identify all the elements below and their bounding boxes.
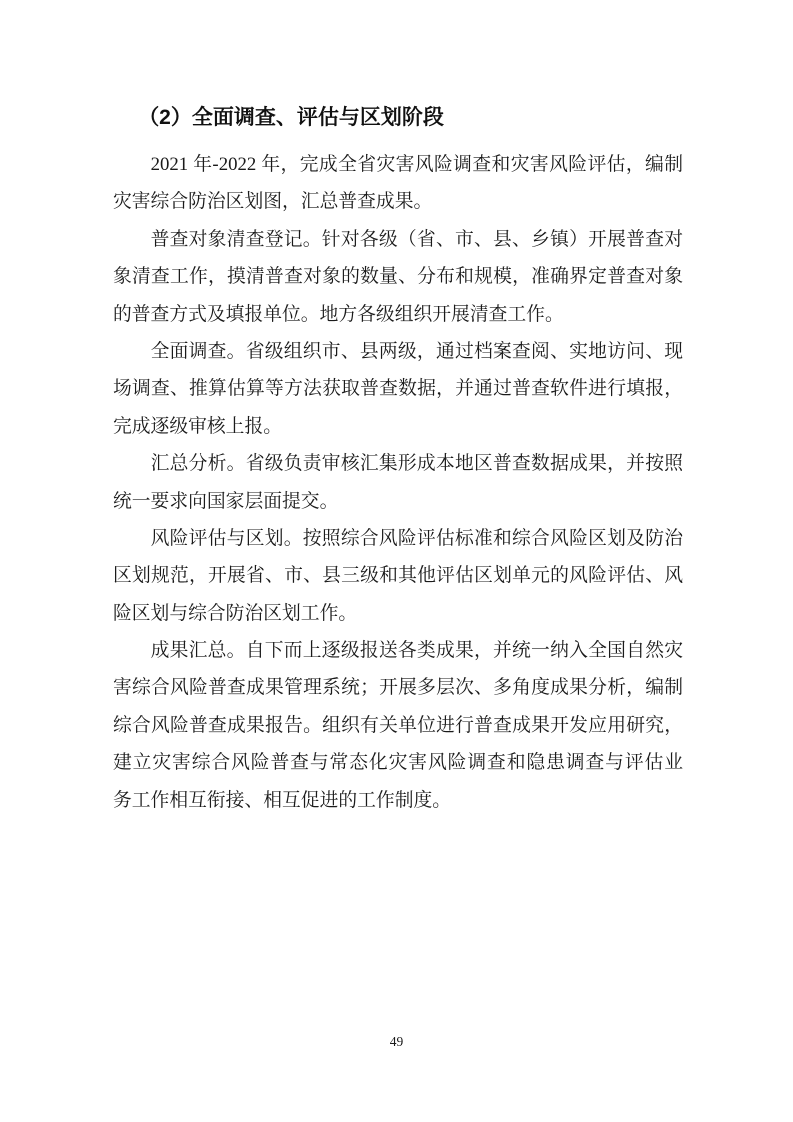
text-line: 统一要求向国家层面提交。 <box>113 483 683 520</box>
text-line: 成果汇总。自下而上逐级报送各类成果，并统一纳入全国自然灾 <box>113 632 683 669</box>
text-line: 全面调查。省级组织市、县两级，通过档案查阅、实地访问、现 <box>113 333 683 370</box>
text-line: 汇总分析。省级负责审核汇集形成本地区普查数据成果，并按照 <box>113 445 683 482</box>
text-line: 灾害综合防治区划图，汇总普查成果。 <box>113 183 683 220</box>
text-line: 务工作相互衔接、相互促进的工作制度。 <box>113 782 683 819</box>
text-line: 普查对象清查登记。针对各级（省、市、县、乡镇）开展普查对 <box>113 221 683 258</box>
document-content: （2）全面调查、评估与区划阶段 2021 年-2022 年，完成全省灾害风险调查… <box>113 103 683 819</box>
document-body: 2021 年-2022 年，完成全省灾害风险调查和灾害风险评估，编制灾害综合防治… <box>113 146 683 819</box>
text-line: 2021 年-2022 年，完成全省灾害风险调查和灾害风险评估，编制 <box>113 146 683 183</box>
text-line: 象清查工作，摸清普查对象的数量、分布和规模，准确界定普查对象 <box>113 258 683 295</box>
page-number: 49 <box>0 1033 793 1051</box>
text-line: 的普查方式及填报单位。地方各级组织开展清查工作。 <box>113 296 683 333</box>
text-line: 综合风险普查成果报告。组织有关单位进行普查成果开发应用研究， <box>113 707 683 744</box>
text-line: 风险评估与区划。按照综合风险评估标准和综合风险区划及防治 <box>113 520 683 557</box>
document-page: （2）全面调查、评估与区划阶段 2021 年-2022 年，完成全省灾害风险调查… <box>0 0 793 1122</box>
text-line: 害综合风险普查成果管理系统；开展多层次、多角度成果分析，编制 <box>113 669 683 706</box>
text-line: 完成逐级审核上报。 <box>113 408 683 445</box>
text-line: 场调查、推算估算等方法获取普查数据，并通过普查软件进行填报， <box>113 370 683 407</box>
text-line: 区划规范，开展省、市、县三级和其他评估区划单元的风险评估、风 <box>113 557 683 594</box>
text-line: 建立灾害综合风险普查与常态化灾害风险调查和隐患调查与评估业 <box>113 744 683 781</box>
text-line: 险区划与综合防治区划工作。 <box>113 595 683 632</box>
section-heading: （2）全面调查、评估与区划阶段 <box>113 103 683 133</box>
